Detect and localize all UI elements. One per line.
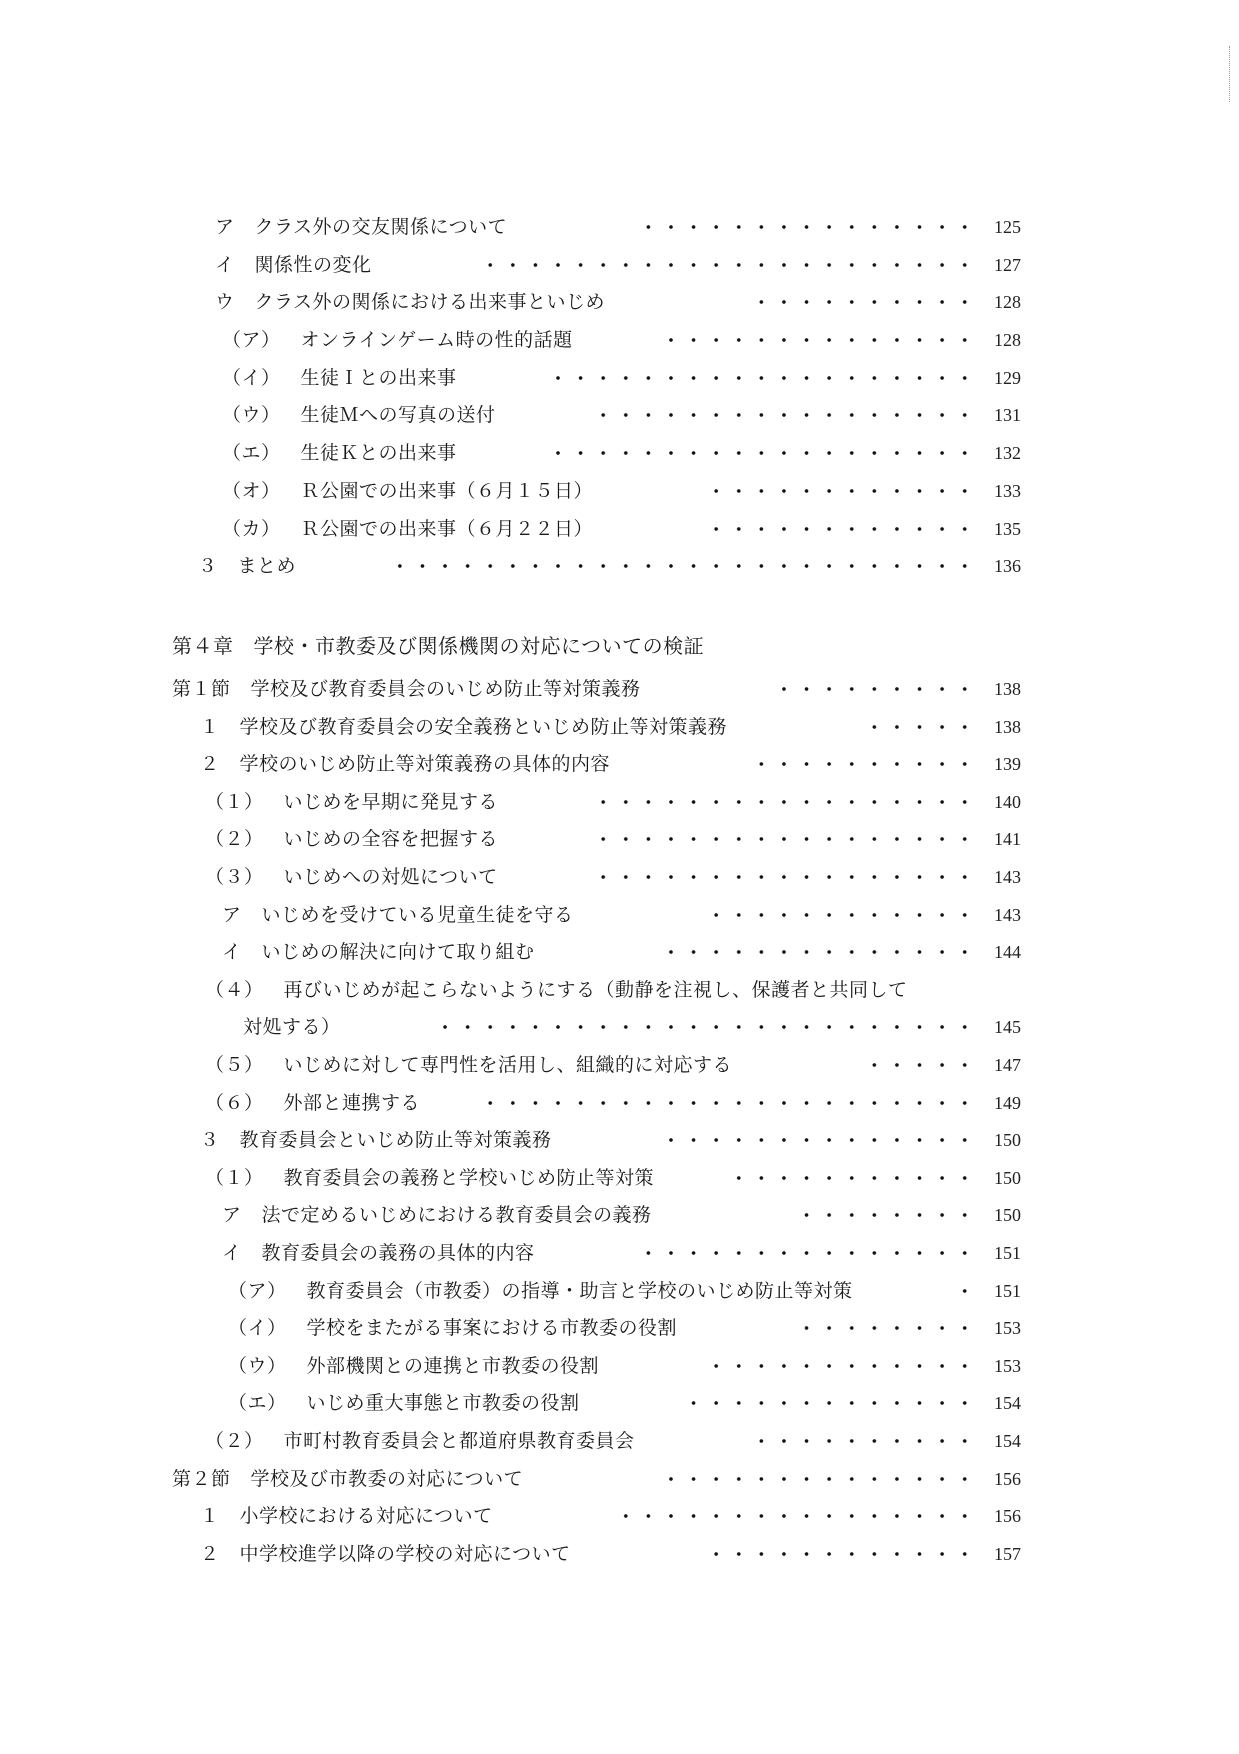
toc-entry-label: 第２節学校及び市教委の対応について — [172, 1464, 523, 1494]
toc-entry-number: （１） — [205, 1163, 264, 1193]
page-number: 144 — [994, 937, 1021, 967]
toc-entry-number: （ア） — [228, 1276, 287, 1306]
toc-entry-title: 関係性の変化 — [255, 254, 372, 276]
toc-entry-title: いじめへの対処について — [284, 866, 498, 888]
chapter-number: 第４章 — [172, 631, 234, 661]
toc-entry-number: イ — [215, 250, 235, 280]
toc-entry-label: （ウ）生徒Ｍへの写真の送付 — [222, 400, 496, 430]
toc-entry-title: いじめの解決に向けて取り組む — [262, 941, 535, 963]
toc-entry-title: 学校及び教育委員会の安全義務といじめ防止等対策義務 — [240, 716, 728, 738]
toc-entry-title: 教育委員会の義務と学校いじめ防止等対策 — [284, 1167, 655, 1189]
page-number: 138 — [994, 712, 1021, 742]
toc-entry-title: 再びいじめが起こらないようにする（動静を注視し、保護者と共同して — [284, 979, 908, 1001]
toc-entry: （ア）オンラインゲーム時の性的話題128 — [0, 325, 1239, 355]
page-number: 145 — [994, 1012, 1021, 1042]
page-number: 138 — [994, 674, 1021, 704]
page-number: 143 — [994, 900, 1021, 930]
toc-entry-number: 第１節 — [172, 674, 231, 704]
dot-leader — [630, 212, 976, 242]
page-number: 129 — [994, 363, 1021, 393]
dot-leader — [698, 900, 976, 930]
page-number: 133 — [994, 476, 1021, 506]
page-number: 157 — [994, 1539, 1021, 1569]
toc-entry-label: （２）いじめの全容を把握する — [205, 824, 498, 854]
toc-entry: （ウ）生徒Ｍへの写真の送付131 — [0, 400, 1239, 430]
toc-entry-title: クラス外の関係における出来事といじめ — [255, 291, 605, 313]
toc-entry-label: 第１節学校及び教育委員会のいじめ防止等対策義務 — [172, 674, 641, 704]
page-number: 128 — [994, 287, 1021, 317]
toc-entry-title: いじめを早期に発見する — [284, 791, 499, 813]
toc-entry: （イ）学校をまたがる事案における市教委の役割153 — [0, 1313, 1239, 1343]
toc-entry: （２）いじめの全容を把握する141 — [0, 824, 1239, 854]
toc-entry-number: （５） — [205, 1050, 264, 1080]
toc-entry-number: 第２節 — [172, 1464, 231, 1494]
toc-entry: 対処する）145 — [0, 1012, 1239, 1042]
chapter-title: 学校・市教委及び関係機関の対応についての検証 — [254, 634, 705, 658]
toc-entry-number: （エ） — [222, 438, 281, 468]
toc-entry: （５）いじめに対して専門性を活用し、組織的に対応する147 — [0, 1050, 1239, 1080]
toc-entry-title: 外部と連携する — [284, 1092, 421, 1114]
page-number: 141 — [994, 824, 1021, 854]
toc-entry-label: （オ）Ｒ公園での出来事（６月１５日） — [222, 476, 593, 506]
toc-entry-label: 対処する） — [243, 1012, 341, 1042]
page-number: 154 — [994, 1388, 1021, 1418]
toc-entry-label: （３）いじめへの対処について — [205, 862, 498, 892]
dot-leader — [765, 674, 976, 704]
page-number: 125 — [994, 212, 1021, 242]
toc-entry: １学校及び教育委員会の安全義務といじめ防止等対策義務138 — [0, 712, 1239, 742]
toc-entry-title: 中学校進学以降の学校の対応について — [240, 1543, 571, 1565]
toc-entry-label: （４）再びいじめが起こらないようにする（動静を注視し、保護者と共同して — [205, 975, 908, 1005]
toc-entry-label: （カ）Ｒ公園での出来事（６月２２日） — [222, 514, 593, 544]
toc-entry-label: （イ）学校をまたがる事案における市教委の役割 — [228, 1313, 677, 1343]
page-number: 127 — [994, 250, 1021, 280]
toc-entry-label: ２学校のいじめ防止等対策義務の具体的内容 — [200, 749, 610, 779]
toc-entry-label: （ウ）外部機関との連携と市教委の役割 — [228, 1351, 599, 1381]
toc-entry-number: （カ） — [222, 514, 281, 544]
toc-entry-label: （１）教育委員会の義務と学校いじめ防止等対策 — [205, 1163, 654, 1193]
page-number: 132 — [994, 438, 1021, 468]
toc-entry-number: （イ） — [228, 1313, 287, 1343]
toc-entry-title: Ｒ公園での出来事（６月２２日） — [301, 518, 594, 540]
toc-entry-title: 教育委員会の義務の具体的内容 — [262, 1242, 535, 1264]
toc-entry: （イ）生徒Ｉとの出来事129 — [0, 363, 1239, 393]
toc-entry-label: アいじめを受けている児童生徒を守る — [222, 900, 574, 930]
toc-entry-label: （ア）教育委員会（市教委）の指導・助言と学校のいじめ防止等対策 — [228, 1276, 853, 1306]
toc-entry-number: （６） — [205, 1088, 264, 1118]
toc-entry-label: （６）外部と連携する — [205, 1088, 420, 1118]
dot-leader — [787, 1200, 976, 1230]
toc-entry: （１）いじめを早期に発見する140 — [0, 787, 1239, 817]
toc-entry-title: まとめ — [238, 555, 297, 577]
dot-leader — [380, 551, 976, 581]
dot-leader — [608, 1501, 976, 1531]
toc-entry: アクラス外の交友関係について125 — [0, 212, 1239, 242]
toc-entry: （エ）生徒Ｋとの出来事132 — [0, 438, 1239, 468]
toc-entry-number: ２ — [200, 1539, 220, 1569]
toc-entry: （エ）いじめ重大事態と市教委の役割154 — [0, 1388, 1239, 1418]
toc-entry-label: １小学校における対応について — [200, 1501, 493, 1531]
chapter-heading-text: 第４章学校・市教委及び関係機関の対応についての検証 — [172, 631, 704, 661]
toc-entry-number: （エ） — [228, 1388, 287, 1418]
dot-leader — [855, 1050, 976, 1080]
toc-entry-number: ウ — [215, 287, 235, 317]
toc-entry-number: １ — [200, 712, 220, 742]
toc-entry: 第１節学校及び教育委員会のいじめ防止等対策義務138 — [0, 674, 1239, 704]
page-number: 140 — [994, 787, 1021, 817]
toc-entry-title: 外部機関との連携と市教委の役割 — [307, 1355, 600, 1377]
toc-entry-number: （３） — [205, 862, 264, 892]
toc-entry-number: （２） — [205, 824, 264, 854]
dot-leader — [698, 1539, 976, 1569]
toc-entry: （６）外部と連携する149 — [0, 1088, 1239, 1118]
toc-entry-number: ア — [215, 212, 235, 242]
page-number: 153 — [994, 1351, 1021, 1381]
page-number: 139 — [994, 749, 1021, 779]
toc-entry: ３教育委員会といじめ防止等対策義務150 — [0, 1125, 1239, 1155]
toc-page: アクラス外の交友関係について125イ関係性の変化127ウクラス外の関係における出… — [0, 0, 1239, 1754]
toc-entry: （ア）教育委員会（市教委）の指導・助言と学校のいじめ防止等対策151 — [0, 1276, 1239, 1306]
toc-entry: ２中学校進学以降の学校の対応について157 — [0, 1539, 1239, 1569]
toc-entry-label: １学校及び教育委員会の安全義務といじめ防止等対策義務 — [200, 712, 727, 742]
dot-leader — [585, 400, 976, 430]
toc-entry-title: 学校及び教育委員会のいじめ防止等対策義務 — [251, 678, 641, 700]
page-number: 156 — [994, 1464, 1021, 1494]
toc-entry-label: イいじめの解決に向けて取り組む — [222, 937, 535, 967]
toc-entry-title: 教育委員会といじめ防止等対策義務 — [240, 1129, 552, 1151]
dot-leader — [675, 1388, 976, 1418]
toc-entry: ２学校のいじめ防止等対策義務の具体的内容139 — [0, 749, 1239, 779]
toc-entry-title: 小学校における対応について — [240, 1505, 493, 1527]
toc-entry-label: （エ）生徒Ｋとの出来事 — [222, 438, 457, 468]
dot-leader — [745, 287, 976, 317]
page-number: 143 — [994, 862, 1021, 892]
toc-entry-title: いじめの全容を把握する — [284, 828, 499, 850]
toc-entry-number: （ア） — [222, 325, 281, 355]
dot-leader — [742, 1426, 976, 1456]
page-number: 151 — [994, 1276, 1021, 1306]
toc-entry-number: イ — [222, 1238, 242, 1268]
toc-entry-number: ア — [222, 1200, 242, 1230]
toc-entry-label: イ教育委員会の義務の具体的内容 — [222, 1238, 535, 1268]
toc-entry: イ教育委員会の義務の具体的内容151 — [0, 1238, 1239, 1268]
toc-entry-title: クラス外の交友関係について — [255, 216, 508, 238]
toc-entry-title: いじめに対して専門性を活用し、組織的に対応する — [284, 1054, 733, 1076]
page-number: 154 — [994, 1426, 1021, 1456]
toc-entry: ３まとめ136 — [0, 551, 1239, 581]
toc-entry: （４）再びいじめが起こらないようにする（動静を注視し、保護者と共同して — [0, 975, 1239, 1005]
toc-entry-label: （ア）オンラインゲーム時の性的話題 — [222, 325, 573, 355]
toc-entry-title: いじめを受けている児童生徒を守る — [262, 904, 574, 926]
dot-leader — [698, 514, 976, 544]
toc-entry-number: ２ — [200, 749, 220, 779]
toc-entry: （２）市町村教育委員会と都道府県教育委員会154 — [0, 1426, 1239, 1456]
page-number: 150 — [994, 1200, 1021, 1230]
toc-entry-label: （エ）いじめ重大事態と市教委の役割 — [228, 1388, 580, 1418]
toc-entry-title: いじめ重大事態と市教委の役割 — [307, 1392, 580, 1414]
page-number: 147 — [994, 1050, 1021, 1080]
dot-leader — [855, 712, 976, 742]
toc-entry-number: （ウ） — [228, 1351, 287, 1381]
toc-entry-title: 生徒Ｋとの出来事 — [301, 442, 457, 464]
toc-entry-number: （１） — [205, 787, 264, 817]
dot-leader — [585, 787, 976, 817]
dot-leader — [540, 438, 976, 468]
dot-leader — [630, 1238, 976, 1268]
toc-entry-label: ３教育委員会といじめ防止等対策義務 — [200, 1125, 552, 1155]
toc-entry-label: ２中学校進学以降の学校の対応について — [200, 1539, 571, 1569]
dot-leader — [470, 250, 976, 280]
toc-entry-label: ウクラス外の関係における出来事といじめ — [215, 287, 605, 317]
dot-leader — [585, 862, 976, 892]
toc-entry-number: １ — [200, 1501, 220, 1531]
dot-leader — [787, 1313, 976, 1343]
toc-entry-title: 教育委員会（市教委）の指導・助言と学校のいじめ防止等対策 — [307, 1280, 853, 1302]
toc-entry-title: 対処する） — [243, 1016, 341, 1038]
dot-leader — [720, 1163, 976, 1193]
toc-entry-number: （２） — [205, 1426, 264, 1456]
dot-leader — [540, 363, 976, 393]
dot-leader — [428, 1012, 976, 1042]
scan-edge-mark — [1229, 46, 1232, 102]
toc-entry-number: （オ） — [222, 476, 281, 506]
toc-entry: （３）いじめへの対処について143 — [0, 862, 1239, 892]
toc-entry: イいじめの解決に向けて取り組む144 — [0, 937, 1239, 967]
page-number: 149 — [994, 1088, 1021, 1118]
dot-leader — [653, 1464, 976, 1494]
toc-entry-title: 学校のいじめ防止等対策義務の具体的内容 — [240, 753, 611, 775]
toc-entry: （オ）Ｒ公園での出来事（６月１５日）133 — [0, 476, 1239, 506]
toc-entry: 第２節学校及び市教委の対応について156 — [0, 1464, 1239, 1494]
dot-leader — [472, 1088, 976, 1118]
page-number: 153 — [994, 1313, 1021, 1343]
page-number: 151 — [994, 1238, 1021, 1268]
toc-entry-title: 市町村教育委員会と都道府県教育委員会 — [284, 1430, 635, 1452]
dot-leader — [698, 476, 976, 506]
dot-leader — [742, 749, 976, 779]
page-number: 156 — [994, 1501, 1021, 1531]
page-number: 135 — [994, 514, 1021, 544]
page-number: 150 — [994, 1125, 1021, 1155]
toc-entry: ウクラス外の関係における出来事といじめ128 — [0, 287, 1239, 317]
dot-leader — [653, 1125, 976, 1155]
toc-entry-number: イ — [222, 937, 242, 967]
toc-entry-title: 学校及び市教委の対応について — [251, 1468, 524, 1490]
dot-leader — [945, 1276, 976, 1306]
toc-entry-title: 学校をまたがる事案における市教委の役割 — [307, 1317, 678, 1339]
toc-entry-number: ３ — [198, 551, 218, 581]
toc-entry-label: イ関係性の変化 — [215, 250, 372, 280]
toc-entry-number: （イ） — [222, 363, 281, 393]
page-number: 136 — [994, 551, 1021, 581]
toc-entry-label: （イ）生徒Ｉとの出来事 — [222, 363, 457, 393]
toc-entry-label: （５）いじめに対して専門性を活用し、組織的に対応する — [205, 1050, 732, 1080]
toc-entry-number: ３ — [200, 1125, 220, 1155]
page-number: 128 — [994, 325, 1021, 355]
toc-entry: （カ）Ｒ公園での出来事（６月２２日）135 — [0, 514, 1239, 544]
toc-entry-number: （ウ） — [222, 400, 281, 430]
page-number: 131 — [994, 400, 1021, 430]
toc-entry-title: Ｒ公園での出来事（６月１５日） — [301, 480, 594, 502]
dot-leader — [585, 824, 976, 854]
chapter-heading: 第４章学校・市教委及び関係機関の対応についての検証 — [0, 631, 1239, 661]
toc-entry: １小学校における対応について156 — [0, 1501, 1239, 1531]
toc-entry-title: 法で定めるいじめにおける教育委員会の義務 — [262, 1204, 652, 1226]
toc-entry-label: ア法で定めるいじめにおける教育委員会の義務 — [222, 1200, 652, 1230]
toc-entry-title: オンラインゲーム時の性的話題 — [301, 329, 573, 351]
toc-entry: （１）教育委員会の義務と学校いじめ防止等対策150 — [0, 1163, 1239, 1193]
dot-leader — [653, 325, 976, 355]
toc-entry: ア法で定めるいじめにおける教育委員会の義務150 — [0, 1200, 1239, 1230]
toc-entry-title: 生徒Ｍへの写真の送付 — [301, 404, 496, 426]
dot-leader — [653, 937, 976, 967]
toc-entry-label: アクラス外の交友関係について — [215, 212, 507, 242]
page-number: 150 — [994, 1163, 1021, 1193]
dot-leader — [698, 1351, 976, 1381]
toc-entry: アいじめを受けている児童生徒を守る143 — [0, 900, 1239, 930]
toc-entry: （ウ）外部機関との連携と市教委の役割153 — [0, 1351, 1239, 1381]
toc-entry-number: （４） — [205, 975, 264, 1005]
toc-entry-label: （１）いじめを早期に発見する — [205, 787, 498, 817]
toc-entry-label: ３まとめ — [198, 551, 296, 581]
toc-entry-label: （２）市町村教育委員会と都道府県教育委員会 — [205, 1426, 635, 1456]
toc-entry: イ関係性の変化127 — [0, 250, 1239, 280]
toc-entry-number: ア — [222, 900, 242, 930]
toc-entry-title: 生徒Ｉとの出来事 — [301, 367, 457, 389]
